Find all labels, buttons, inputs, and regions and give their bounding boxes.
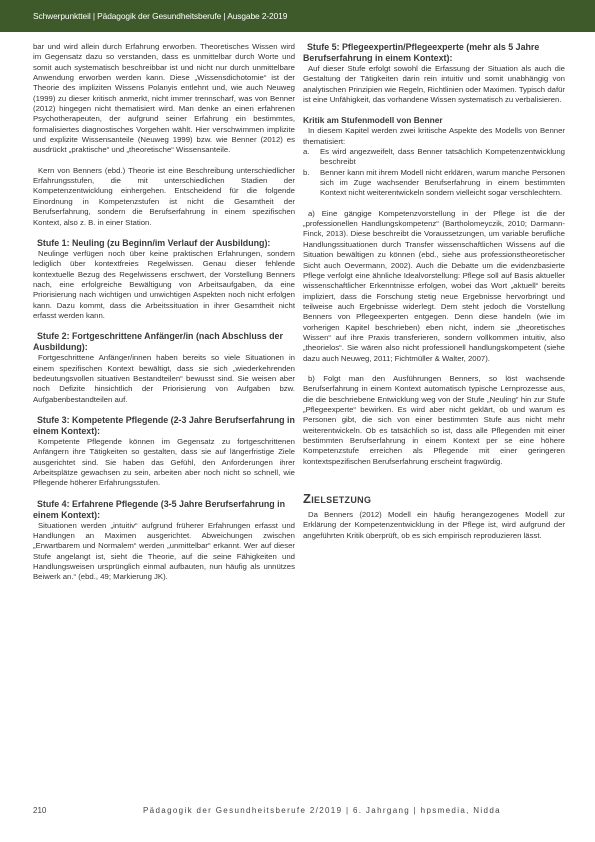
list-marker: b.	[303, 168, 309, 178]
stage2-text: Fortgeschrittene Anfänger/innen haben be…	[33, 353, 295, 405]
list-marker: a.	[303, 147, 309, 157]
running-header: Schwerpunktteil | Pädagogik der Gesundhe…	[0, 0, 595, 32]
section-heading-zielsetzung: Zielsetzung	[303, 491, 565, 507]
stage4-heading: Stufe 4: Erfahrene Pflegende (3-5 Jahre …	[33, 499, 295, 521]
paragraph-critique-b: b) Folgt man den Ausführungen Benners, s…	[303, 374, 565, 467]
stage1-text: Neulinge verfügen noch über keine prakti…	[33, 249, 295, 321]
stage1-heading: Stufe 1: Neuling (zu Beginn/im Verlauf d…	[33, 238, 295, 249]
critique-list-item: a. Es wird angezweifelt, dass Benner tat…	[303, 147, 565, 168]
paragraph-benner-theory: Kern von Benners (ebd.) Theorie ist eine…	[33, 166, 295, 228]
stage3-heading: Stufe 3: Kompetente Pflegende (2-3 Jahre…	[33, 415, 295, 437]
critique-intro: In diesem Kapitel werden zwei kritische …	[303, 126, 565, 147]
list-item-text: Benner kann mit ihrem Modell nicht erklä…	[320, 168, 565, 198]
running-title: Schwerpunktteil | Pädagogik der Gesundhe…	[33, 11, 287, 21]
footer-publication: Pädagogik der Gesundheitsberufe 2/2019 |…	[143, 806, 501, 815]
paragraph-knowledge-dichotomy: bar und wird allein durch Erfahrung erwo…	[33, 42, 295, 156]
stage3-text: Kompetente Pflegende können im Gegensatz…	[33, 437, 295, 489]
stage5-text: Auf dieser Stufe erfolgt sowohl die Erfa…	[303, 64, 565, 105]
critique-heading: Kritik am Stufenmodell von Benner	[303, 115, 565, 126]
critique-list: a. Es wird angezweifelt, dass Benner tat…	[303, 147, 565, 199]
left-column: bar und wird allein durch Erfahrung erwo…	[33, 42, 295, 583]
stage4-text: Situationen werden „intuitiv“ aufgrund f…	[33, 521, 295, 583]
stage2-heading: Stufe 2: Fortgeschrittene Anfänger/in (n…	[33, 331, 295, 353]
paragraph-zielsetzung: Da Benners (2012) Modell ein häufig hera…	[303, 510, 565, 541]
page-number: 210	[33, 806, 46, 815]
right-column: Stufe 5: Pflegeexpertin/Pflegeexperte (m…	[303, 42, 565, 541]
paragraph-critique-a: a) Eine gängige Kompetenzvorstellung in …	[303, 209, 565, 364]
critique-list-item: b. Benner kann mit ihrem Modell nicht er…	[303, 168, 565, 199]
stage5-heading: Stufe 5: Pflegeexpertin/Pflegeexperte (m…	[303, 42, 565, 64]
list-item-text: Es wird angezweifelt, dass Benner tatsäc…	[320, 147, 565, 166]
